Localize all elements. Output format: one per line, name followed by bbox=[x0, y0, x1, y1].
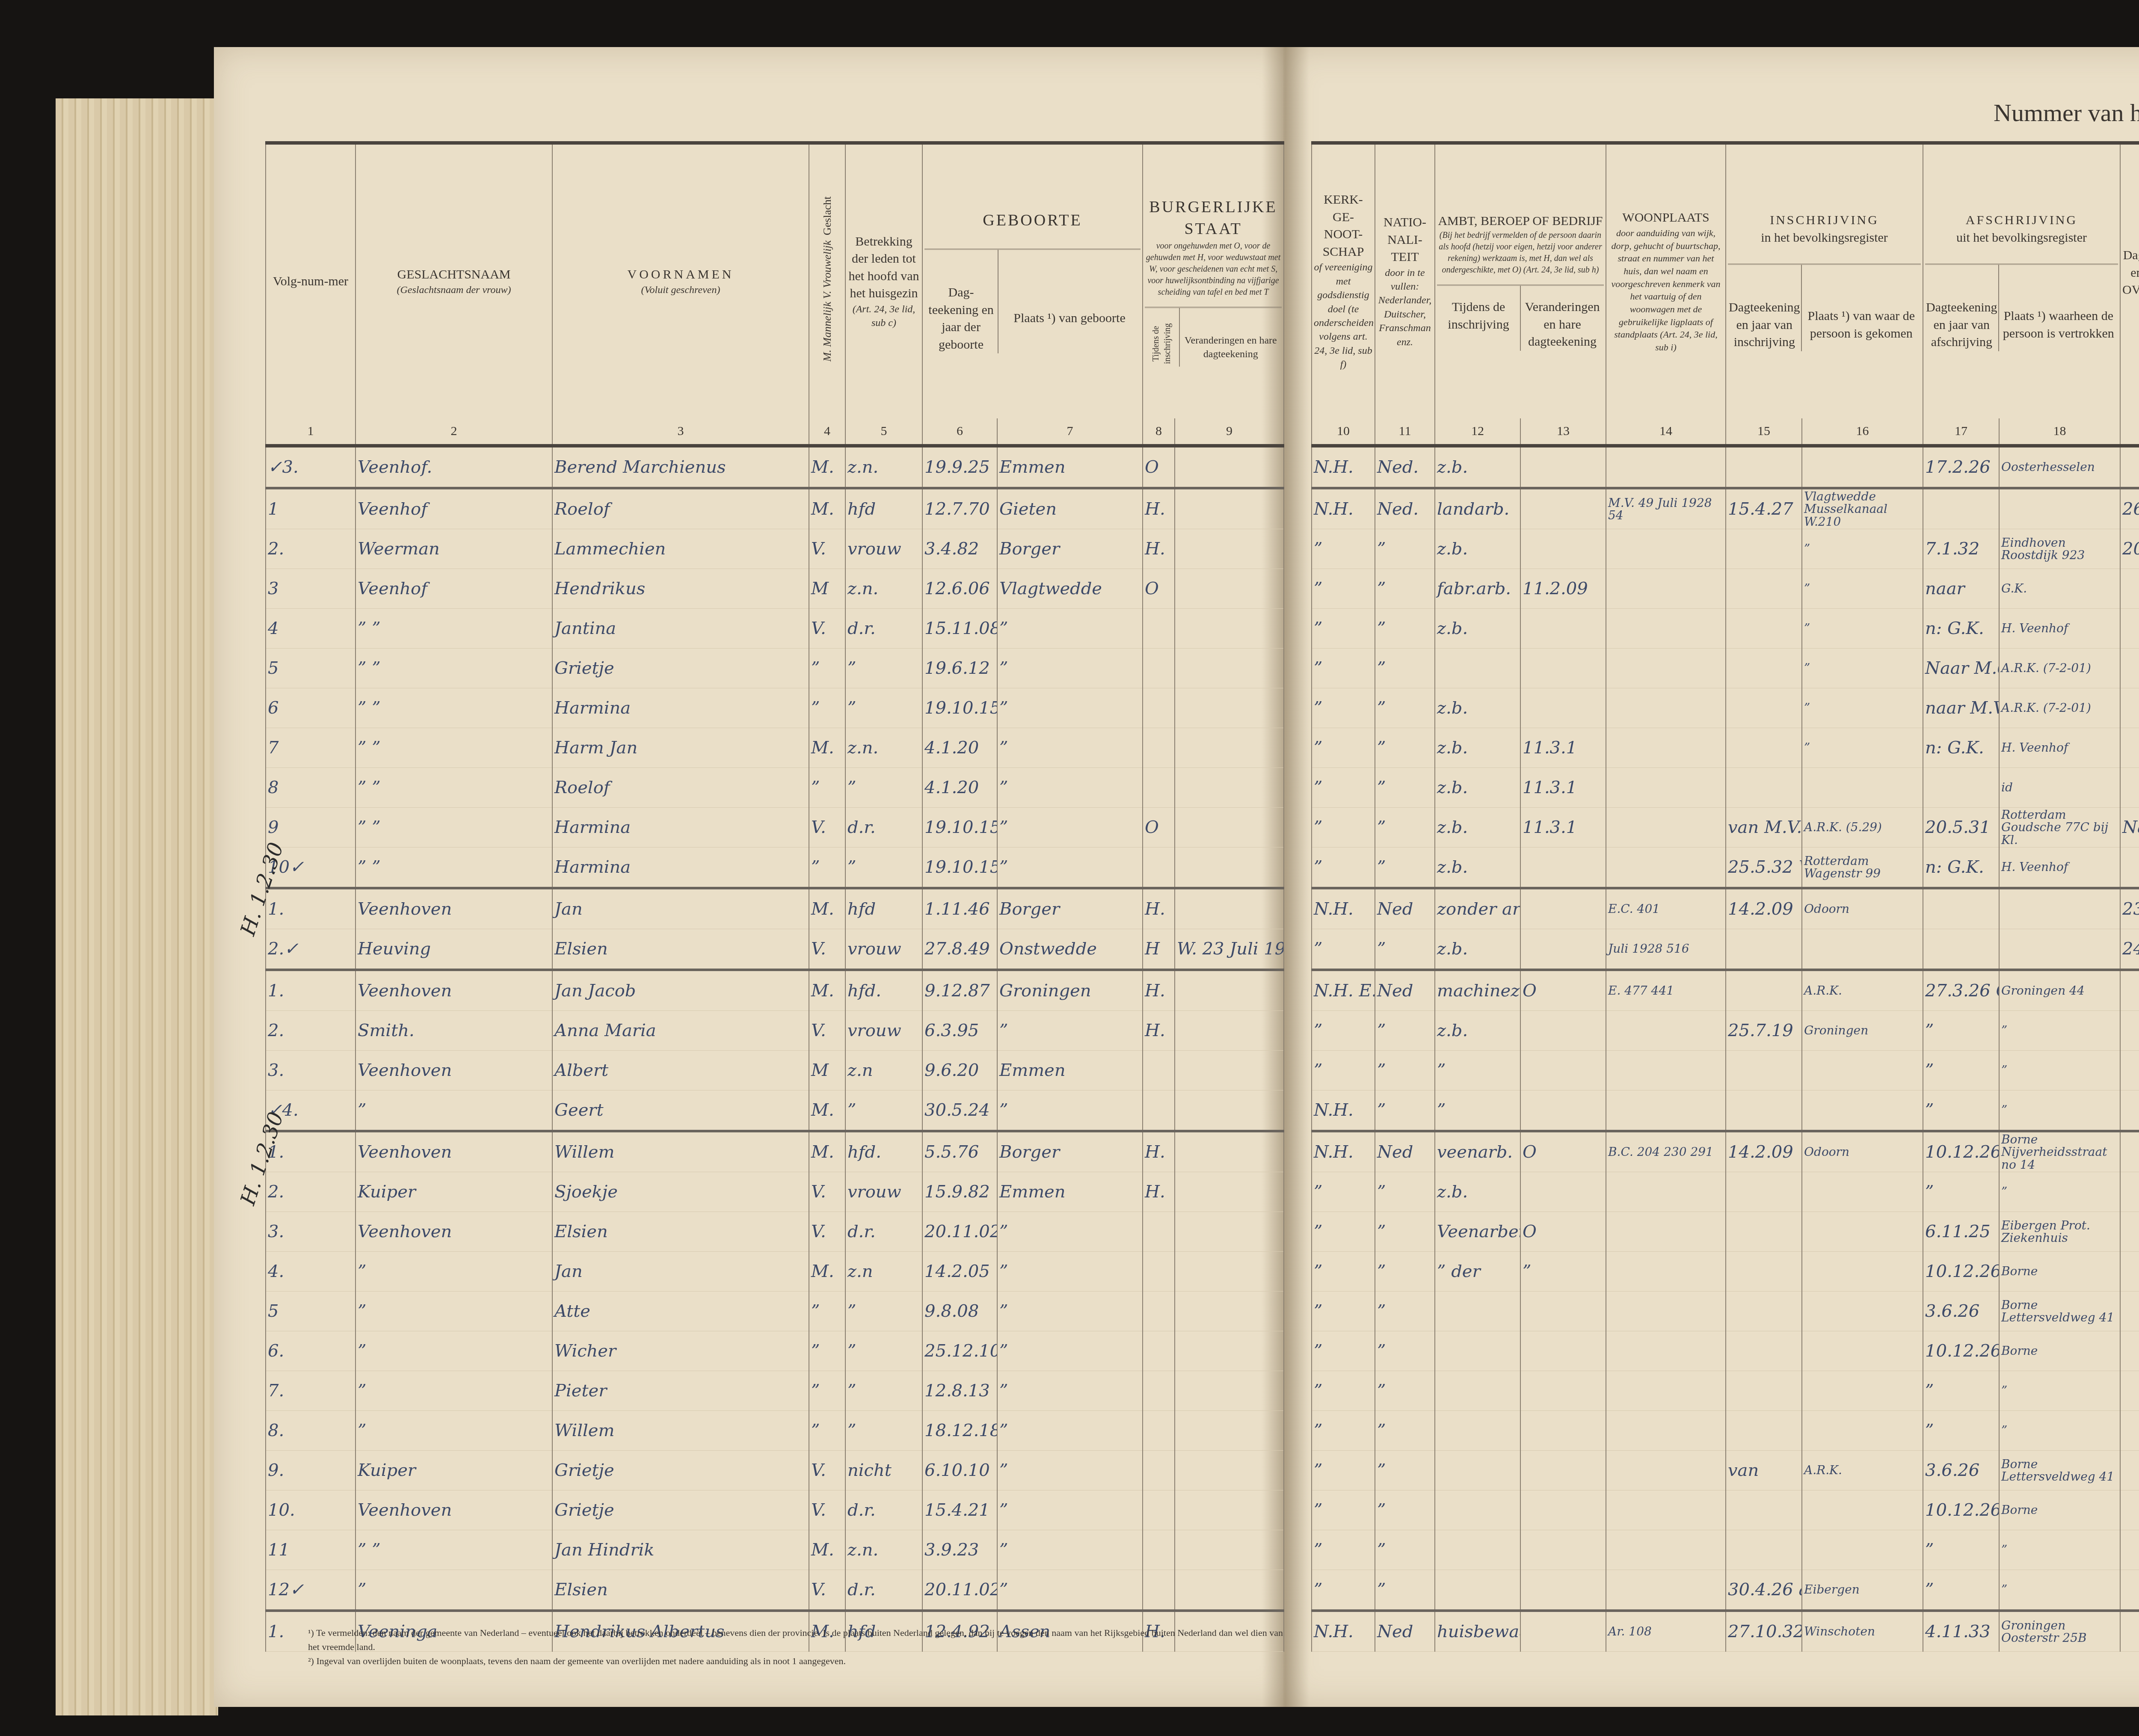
cell-beroep-veranderingen: ” bbox=[1520, 1252, 1606, 1292]
table-row: ””fabr.arb.11.2.09”naarG.K.A.C.C. bbox=[1312, 569, 2139, 609]
cell-geboorteplaats: ” bbox=[997, 1451, 1143, 1490]
cell-afschrijving-plaats: ” bbox=[1999, 1090, 2120, 1132]
cell-inschrijving-datum bbox=[1726, 1490, 1802, 1530]
cell-geboortedatum: 20.11.02 bbox=[922, 1570, 997, 1611]
cell-overlijden bbox=[2120, 1051, 2139, 1090]
cell-betrekking: ” bbox=[845, 1411, 922, 1451]
table-row: 11” ”Jan HindrikM.z.n.3.9.23” bbox=[266, 1530, 1284, 1570]
cell-betrekking: hfd. bbox=[845, 1131, 922, 1172]
table-row: 5” ”Grietje””19.6.12” bbox=[266, 649, 1284, 688]
header-burgerlijke-staat: BURGERLIJKE STAAT voor ongehuwden met O,… bbox=[1143, 143, 1284, 418]
cell-betrekking: d.r. bbox=[845, 1570, 922, 1611]
cell-inschrijving-plaats bbox=[1802, 1530, 1923, 1570]
cell-voornamen: Wicher bbox=[552, 1331, 809, 1371]
cell-beroep-veranderingen bbox=[1520, 1371, 1606, 1411]
cell-geslacht: V. bbox=[809, 1490, 845, 1530]
cell-geboortedatum: 12.6.06 bbox=[922, 569, 997, 609]
cell-inschrijving-datum bbox=[1726, 446, 1802, 488]
table-row: 1.VeenhovenWillemM.hfd.5.5.76BorgerH. bbox=[266, 1131, 1284, 1172]
cell-afschrijving-plaats: H. Veenhof bbox=[1999, 609, 2120, 649]
cell-burgerlijke-staat-veranderingen bbox=[1175, 1411, 1284, 1451]
table-row: ””””A.C.C. bbox=[1312, 1530, 2139, 1570]
cell-geboortedatum: 3.9.23 bbox=[922, 1530, 997, 1570]
cell-geboortedatum: 14.2.05 bbox=[922, 1252, 997, 1292]
cell-beroep-veranderingen: 11.3.1 bbox=[1520, 728, 1606, 768]
table-row: 9.KuiperGrietjeV.nicht6.10.10” bbox=[266, 1451, 1284, 1490]
header-geslachtsnaam: GESLACHTSNAAM(Geslachtsnaam der vrouw) bbox=[356, 143, 552, 418]
table-row: 2.KuiperSjoekjeV.vrouw15.9.82EmmenH. bbox=[266, 1172, 1284, 1212]
cell-burgerlijke-staat: H. bbox=[1143, 888, 1175, 929]
cell-betrekking: nicht bbox=[845, 1451, 922, 1490]
table-row: ✓4.”GeertM.”30.5.24” bbox=[266, 1090, 1284, 1132]
cell-woonplaats bbox=[1606, 1172, 1726, 1212]
cell-beroep: z.b. bbox=[1435, 529, 1520, 569]
cell-beroep-veranderingen bbox=[1520, 888, 1606, 929]
cell-geslachtsnaam: Kuiper bbox=[356, 1451, 552, 1490]
header-tijdens-inschrijving: Tijdens de inschrijving bbox=[1150, 321, 1173, 367]
cell-beroep: machine­zetter bbox=[1435, 970, 1520, 1011]
cell-inschrijving-plaats: Odoorn bbox=[1802, 1131, 1923, 1172]
table-row: ””z.b.11.3.1idA.C.C. bbox=[1312, 768, 2139, 808]
cell-volgnummer: 1. bbox=[266, 970, 356, 1011]
cell-geslacht: V. bbox=[809, 808, 845, 847]
cell-nationaliteit: ” bbox=[1375, 1570, 1435, 1611]
cell-burgerlijke-staat-veranderingen bbox=[1175, 888, 1284, 929]
table-row: 6” ”Harmina””19.10.15” bbox=[266, 688, 1284, 728]
header-veranderingen: Veranderingen en hare dagteekening bbox=[1179, 308, 1282, 367]
cell-geboorteplaats: ” bbox=[997, 609, 1143, 649]
header-geboorte: GEBOORTE Dag-teekening en jaar der geboo… bbox=[922, 143, 1143, 418]
cell-kerkgenootschap: N.H. bbox=[1312, 446, 1375, 488]
cell-nationaliteit: ” bbox=[1375, 1490, 1435, 1530]
cell-kerkgenootschap: ” bbox=[1312, 1051, 1375, 1090]
cell-geslacht: M bbox=[809, 1051, 845, 1090]
table-row: ””10.12.26BorneA.C.C. bbox=[1312, 1490, 2139, 1530]
cell-woonplaats bbox=[1606, 1490, 1726, 1530]
table-row: 7.”Pieter””12.8.13” bbox=[266, 1371, 1284, 1411]
cell-beroep bbox=[1435, 1570, 1520, 1611]
cell-burgerlijke-staat bbox=[1143, 649, 1175, 688]
header-geslacht: GeslachtM. Mannelijk V. Vrouwelijk bbox=[809, 143, 845, 418]
table-row: 3.VeenhovenElsienV.d.r.20.11.02” bbox=[266, 1212, 1284, 1252]
cell-overlijden: 23.7.18 bbox=[2120, 888, 2139, 929]
table-row: 1.VeenhovenJan JacobM.hfd.9.12.87Groning… bbox=[266, 970, 1284, 1011]
cell-beroep: landarb. bbox=[1435, 488, 1520, 529]
cell-geboorteplaats: Gieten bbox=[997, 488, 1143, 529]
cell-geboortedatum: 9.6.20 bbox=[922, 1051, 997, 1090]
cell-inschrijving-plaats bbox=[1802, 1331, 1923, 1371]
cell-geboortedatum: 30.5.24 bbox=[922, 1090, 997, 1132]
cell-inschrijving-plaats bbox=[1802, 1051, 1923, 1090]
cell-nationaliteit: Ned bbox=[1375, 970, 1435, 1011]
cell-voornamen: Berend Marchienus bbox=[552, 446, 809, 488]
cell-nationaliteit: ” bbox=[1375, 1252, 1435, 1292]
cell-burgerlijke-staat bbox=[1143, 1451, 1175, 1490]
cell-geslachtsnaam: Veenhoven bbox=[356, 1051, 552, 1090]
cell-betrekking: z.n. bbox=[845, 569, 922, 609]
cell-beroep bbox=[1435, 1411, 1520, 1451]
cell-burgerlijke-staat-veranderingen bbox=[1175, 1051, 1284, 1090]
cell-nationaliteit: Ned bbox=[1375, 888, 1435, 929]
column-number-4: 4 bbox=[809, 418, 845, 446]
cell-volgnummer: 6 bbox=[266, 688, 356, 728]
header-afschrijving-datum: Dagteekening en jaar van afschrijving bbox=[1925, 265, 1998, 351]
cell-geboorteplaats: Onstwedde bbox=[997, 929, 1143, 970]
table-row: N.H. E.L.Nedmachine­zetterOE. 477 441A.R… bbox=[1312, 970, 2139, 1011]
cell-beroep: z.b. bbox=[1435, 929, 1520, 970]
cell-geboorteplaats: ” bbox=[997, 808, 1143, 847]
cell-inschrijving-plaats bbox=[1802, 1371, 1923, 1411]
cell-inschrijving-plaats: A.R.K. bbox=[1802, 1451, 1923, 1490]
cell-geslacht: ” bbox=[809, 847, 845, 889]
cell-afschrijving-plaats: Borne bbox=[1999, 1331, 2120, 1371]
cell-voornamen: Harmina bbox=[552, 688, 809, 728]
cell-afschrijving-plaats bbox=[1999, 488, 2120, 529]
cell-inschrijving-plaats bbox=[1802, 1252, 1923, 1292]
header-inschrijving-datum: Dagteekening en jaar van inschrijving bbox=[1728, 265, 1801, 351]
cell-inschrijving-plaats bbox=[1802, 1172, 1923, 1212]
cell-burgerlijke-staat bbox=[1143, 1051, 1175, 1090]
cell-geslachtsnaam: ” bbox=[356, 1090, 552, 1132]
cell-inschrijving-datum: 14.2.09 bbox=[1726, 1131, 1802, 1172]
cell-kerkgenootschap: N.H. bbox=[1312, 1090, 1375, 1132]
cell-beroep-veranderingen: 11.2.09 bbox=[1520, 569, 1606, 609]
cell-burgerlijke-staat-veranderingen bbox=[1175, 847, 1284, 889]
cell-inschrijving-plaats bbox=[1802, 1490, 1923, 1530]
cell-volgnummer: 7 bbox=[266, 728, 356, 768]
footnote-1: ¹) Te vermelden: den naam der gemeente v… bbox=[308, 1626, 1292, 1654]
cell-nationaliteit: ” bbox=[1375, 1212, 1435, 1252]
cell-overlijden bbox=[2120, 847, 2139, 889]
table-row: N.H.NedhuisbewaarderAr. 10827.10.32 Hoog… bbox=[1312, 1611, 2139, 1652]
sheet-number-label: Nummer van het blad bbox=[1994, 98, 2139, 127]
cell-geslacht: V. bbox=[809, 609, 845, 649]
cell-burgerlijke-staat-veranderingen: W. 23 Juli 1918 bbox=[1175, 929, 1284, 970]
table-row: ””””A.C.C. bbox=[1312, 1371, 2139, 1411]
cell-geslachtsnaam: ” ” bbox=[356, 728, 552, 768]
cell-inschrijving-plaats: A.R.K. (5.29) bbox=[1802, 808, 1923, 847]
cell-geboorteplaats: ” bbox=[997, 1411, 1143, 1451]
cell-nationaliteit: ” bbox=[1375, 1051, 1435, 1090]
cell-woonplaats: M.V. 49 Juli 1928 54 bbox=[1606, 488, 1726, 529]
cell-burgerlijke-staat-veranderingen bbox=[1175, 1570, 1284, 1611]
table-row: ””z.b.25.5.32 WesteRotterdam Wagenstr 99… bbox=[1312, 847, 2139, 889]
cell-afschrijving-plaats: ” bbox=[1999, 1570, 2120, 1611]
cell-woonplaats bbox=[1606, 649, 1726, 688]
cell-overlijden bbox=[2120, 1011, 2139, 1051]
cell-beroep: veenarb. bbox=[1435, 1131, 1520, 1172]
cell-volgnummer: 7. bbox=[266, 1371, 356, 1411]
cell-woonplaats bbox=[1606, 1411, 1726, 1451]
cell-kerkgenootschap: ” bbox=[1312, 1011, 1375, 1051]
cell-betrekking: vrouw bbox=[845, 529, 922, 569]
table-row: ””z.b.Juli 1928 51624.4.33A.C.C. bbox=[1312, 929, 2139, 970]
cell-kerkgenootschap: ” bbox=[1312, 1292, 1375, 1331]
cell-betrekking: d.r. bbox=[845, 808, 922, 847]
cell-voornamen: Harm Jan bbox=[552, 728, 809, 768]
cell-betrekking: d.r. bbox=[845, 1490, 922, 1530]
column-number-6: 6 bbox=[922, 418, 997, 446]
cell-geslachtsnaam: ” bbox=[356, 1411, 552, 1451]
cell-overlijden bbox=[2120, 609, 2139, 649]
cell-nationaliteit: Ned bbox=[1375, 1131, 1435, 1172]
cell-geboorteplaats: ” bbox=[997, 1090, 1143, 1132]
cell-woonplaats bbox=[1606, 1011, 1726, 1051]
cell-geslacht: M. bbox=[809, 488, 845, 529]
cell-burgerlijke-staat: H. bbox=[1143, 1011, 1175, 1051]
header-overlijden: Dagteekening en jaar van OVERLIJDEN ²) bbox=[2120, 143, 2139, 418]
header-nationaliteit: NATIO-NALI-TEITdoor in te vullen: Nederl… bbox=[1375, 143, 1435, 418]
cell-volgnummer: 10. bbox=[266, 1490, 356, 1530]
cell-nationaliteit: ” bbox=[1375, 1172, 1435, 1212]
cell-voornamen: Willem bbox=[552, 1411, 809, 1451]
cell-volgnummer: 12✓ bbox=[266, 1570, 356, 1611]
cell-beroep: fabr.arb. bbox=[1435, 569, 1520, 609]
cell-inschrijving-plaats bbox=[1802, 1212, 1923, 1252]
cell-burgerlijke-staat-veranderingen bbox=[1175, 649, 1284, 688]
cell-volgnummer: 1 bbox=[266, 488, 356, 529]
cell-geslachtsnaam: Veenhof. bbox=[356, 446, 552, 488]
cell-afschrijving-datum: naar M.V.33 bbox=[1923, 688, 1999, 728]
cell-woonplaats bbox=[1606, 847, 1726, 889]
cell-betrekking: d.r. bbox=[845, 1212, 922, 1252]
cell-burgerlijke-staat-veranderingen bbox=[1175, 1371, 1284, 1411]
column-number-19: 19 bbox=[2120, 418, 2139, 446]
cell-geboorteplaats: ” bbox=[997, 768, 1143, 808]
column-number-16: 16 bbox=[1802, 418, 1923, 446]
cell-geslachtsnaam: ” ” bbox=[356, 609, 552, 649]
cell-geboorteplaats: ” bbox=[997, 847, 1143, 889]
cell-voornamen: Grietje bbox=[552, 649, 809, 688]
cell-kerkgenootschap: ” bbox=[1312, 1331, 1375, 1371]
cell-volgnummer: 2. bbox=[266, 1172, 356, 1212]
cell-voornamen: Elsien bbox=[552, 929, 809, 970]
cell-kerkgenootschap: ” bbox=[1312, 1172, 1375, 1212]
cell-betrekking: hfd. bbox=[845, 970, 922, 1011]
cell-kerkgenootschap: N.H. bbox=[1312, 888, 1375, 929]
cell-geboorteplaats: ” bbox=[997, 1371, 1143, 1411]
cell-afschrijving-datum: ” bbox=[1923, 1090, 1999, 1132]
cell-burgerlijke-staat: O bbox=[1143, 808, 1175, 847]
cell-geslachtsnaam: Kuiper bbox=[356, 1172, 552, 1212]
cell-woonplaats bbox=[1606, 1371, 1726, 1411]
cell-inschrijving-datum bbox=[1726, 1051, 1802, 1090]
cell-burgerlijke-staat bbox=[1143, 1252, 1175, 1292]
cell-inschrijving-datum: van M.V.34 bbox=[1726, 808, 1802, 847]
cell-beroep-veranderingen bbox=[1520, 1051, 1606, 1090]
cell-voornamen: Lammechien bbox=[552, 529, 809, 569]
cell-burgerlijke-staat-veranderingen bbox=[1175, 1011, 1284, 1051]
column-number-3: 3 bbox=[552, 418, 809, 446]
header-inschrijving-plaats: Plaats ¹) van waar de persoon is gekomen bbox=[1801, 265, 1921, 351]
cell-inschrijving-datum bbox=[1726, 1411, 1802, 1451]
cell-beroep-veranderingen: O bbox=[1520, 1131, 1606, 1172]
cell-woonplaats bbox=[1606, 1051, 1726, 1090]
cell-geboorteplaats: ” bbox=[997, 1292, 1143, 1331]
cell-inschrijving-plaats: ” bbox=[1802, 529, 1923, 569]
column-number-14: 14 bbox=[1606, 418, 1726, 446]
cell-nationaliteit: ” bbox=[1375, 649, 1435, 688]
cell-afschrijving-plaats: Eindhoven Roostdijk 923 bbox=[1999, 529, 2120, 569]
table-row: N.H.Nedveenarb.OB.C. 204 230 29114.2.09O… bbox=[1312, 1131, 2139, 1172]
cell-woonplaats bbox=[1606, 1212, 1726, 1252]
cell-geboortedatum: 19.6.12 bbox=[922, 649, 997, 688]
table-row: ””3.6.26Borne Lettersveldweg 41A.C.C. bbox=[1312, 1292, 2139, 1331]
cell-burgerlijke-staat-veranderingen bbox=[1175, 728, 1284, 768]
cell-beroep: z.b. bbox=[1435, 847, 1520, 889]
table-row: 1.VeenhovenJanM.hfd1.11.46BorgerH. bbox=[266, 888, 1284, 929]
cell-geslachtsnaam: ” ” bbox=[356, 847, 552, 889]
cell-burgerlijke-staat bbox=[1143, 1371, 1175, 1411]
cell-volgnummer: 5 bbox=[266, 1292, 356, 1331]
cell-betrekking: hfd bbox=[845, 888, 922, 929]
cell-beroep-veranderingen bbox=[1520, 488, 1606, 529]
cell-nationaliteit: ” bbox=[1375, 728, 1435, 768]
cell-geboortedatum: 19.9.25 bbox=[922, 446, 997, 488]
column-number-11: 11 bbox=[1375, 418, 1435, 446]
cell-geslachtsnaam: ” ” bbox=[356, 1530, 552, 1570]
cell-nationaliteit: ” bbox=[1375, 1331, 1435, 1371]
table-row: 10.VeenhovenGrietjeV.d.r.15.4.21” bbox=[266, 1490, 1284, 1530]
cell-woonplaats: Juli 1928 516 bbox=[1606, 929, 1726, 970]
cell-geslacht: ” bbox=[809, 1331, 845, 1371]
cell-geboortedatum: 27.8.49 bbox=[922, 929, 997, 970]
cell-overlijden bbox=[2120, 1252, 2139, 1292]
column-number-2: 2 bbox=[356, 418, 552, 446]
header-ambt-veranderingen: Veranderingen en hare dagteekening bbox=[1520, 286, 1604, 351]
table-row: 10✓” ”Harmina””19.10.15” bbox=[266, 847, 1284, 889]
cell-voornamen: Willem bbox=[552, 1131, 809, 1172]
cell-geboortedatum: 4.1.20 bbox=[922, 728, 997, 768]
cell-geboorteplaats: Vlagtwedde bbox=[997, 569, 1143, 609]
cell-beroep: zonder arb bbox=[1435, 888, 1520, 929]
cell-kerkgenootschap: ” bbox=[1312, 1212, 1375, 1252]
cell-beroep-veranderingen bbox=[1520, 649, 1606, 688]
table-row: 2.✓HeuvingElsienV.vrouw27.8.49OnstweddeH… bbox=[266, 929, 1284, 970]
cell-beroep-veranderingen bbox=[1520, 1292, 1606, 1331]
cell-voornamen: Jan Jacob bbox=[552, 970, 809, 1011]
cell-geboorteplaats: ” bbox=[997, 1011, 1143, 1051]
cell-overlijden: Naar Weste bbox=[2120, 808, 2139, 847]
header-geboorte-datum: Dag-teekening en jaar der geboorte bbox=[924, 250, 998, 353]
cell-geslachtsnaam: ” bbox=[356, 1331, 552, 1371]
cell-nationaliteit: ” bbox=[1375, 569, 1435, 609]
cell-geboorteplaats: ” bbox=[997, 1331, 1143, 1371]
cell-betrekking: ” bbox=[845, 1331, 922, 1371]
cell-betrekking: z.n. bbox=[845, 728, 922, 768]
cell-afschrijving-plaats: Groningen 44 bbox=[1999, 970, 2120, 1011]
cell-afschrijving-datum: Naar M.69 bbox=[1923, 649, 1999, 688]
cell-inschrijving-plaats: ” bbox=[1802, 569, 1923, 609]
cell-woonplaats bbox=[1606, 1090, 1726, 1132]
cell-woonplaats bbox=[1606, 569, 1726, 609]
cell-kerkgenootschap: ” bbox=[1312, 847, 1375, 889]
cell-woonplaats bbox=[1606, 1292, 1726, 1331]
cell-overlijden bbox=[2120, 1570, 2139, 1611]
cell-overlijden bbox=[2120, 569, 2139, 609]
cell-afschrijving-plaats: Borne bbox=[1999, 1252, 2120, 1292]
column-number-15: 15 bbox=[1726, 418, 1802, 446]
cell-beroep-veranderingen bbox=[1520, 1172, 1606, 1212]
cell-afschrijving-plaats: A.R.K. (7-2-01) bbox=[1999, 649, 2120, 688]
cell-nationaliteit: ” bbox=[1375, 609, 1435, 649]
cell-nationaliteit: Ned. bbox=[1375, 446, 1435, 488]
cell-geslachtsnaam: Veenhoven bbox=[356, 1212, 552, 1252]
cell-burgerlijke-staat-veranderingen bbox=[1175, 1212, 1284, 1252]
cell-kerkgenootschap: ” bbox=[1312, 1530, 1375, 1570]
cell-inschrijving-plaats bbox=[1802, 446, 1923, 488]
footnotes: ¹) Te vermelden: den naam der gemeente v… bbox=[308, 1626, 1292, 1668]
cell-afschrijving-plaats: G.K. bbox=[1999, 569, 2120, 609]
table-row: ””z.b.”7.1.32Eindhoven Roostdijk 92320 N… bbox=[1312, 529, 2139, 569]
cell-afschrijving-plaats: Borne bbox=[1999, 1490, 2120, 1530]
cell-kerkgenootschap: ” bbox=[1312, 1252, 1375, 1292]
cell-beroep: z.b. bbox=[1435, 768, 1520, 808]
cell-afschrijving-datum: 20.5.31 bbox=[1923, 808, 1999, 847]
table-row: ””vanA.R.K.3.6.26Borne Lettersveldweg 41… bbox=[1312, 1451, 2139, 1490]
cell-inschrijving-datum bbox=[1726, 970, 1802, 1011]
cell-afschrijving-datum: n: G.K. bbox=[1923, 728, 1999, 768]
cell-voornamen: Jan bbox=[552, 888, 809, 929]
cell-nationaliteit: ” bbox=[1375, 688, 1435, 728]
cell-inschrijving-plaats: Eibergen bbox=[1802, 1570, 1923, 1611]
cell-geslacht: V. bbox=[809, 1451, 845, 1490]
cell-geslacht: M. bbox=[809, 1131, 845, 1172]
cell-betrekking: hfd bbox=[845, 488, 922, 529]
cell-geslacht: M. bbox=[809, 728, 845, 768]
cell-betrekking: ” bbox=[845, 688, 922, 728]
cell-beroep: z.b. bbox=[1435, 446, 1520, 488]
cell-beroep-veranderingen bbox=[1520, 1011, 1606, 1051]
cell-burgerlijke-staat bbox=[1143, 1570, 1175, 1611]
cell-nationaliteit: ” bbox=[1375, 1371, 1435, 1411]
cell-beroep-veranderingen: O bbox=[1520, 1212, 1606, 1252]
cell-beroep-veranderingen bbox=[1520, 529, 1606, 569]
cell-volgnummer: 9. bbox=[266, 1451, 356, 1490]
cell-inschrijving-datum: van bbox=[1726, 1451, 1802, 1490]
cell-burgerlijke-staat-veranderingen bbox=[1175, 1252, 1284, 1292]
cell-inschrijving-datum: 25.7.19 bbox=[1726, 1011, 1802, 1051]
cell-inschrijving-plaats bbox=[1802, 1292, 1923, 1331]
cell-kerkgenootschap: ” bbox=[1312, 688, 1375, 728]
column-number-1: 1 bbox=[266, 418, 356, 446]
cell-geslacht: M. bbox=[809, 1530, 845, 1570]
cell-afschrijving-datum: 10.12.26 bbox=[1923, 1331, 1999, 1371]
cell-geslacht: V. bbox=[809, 1570, 845, 1611]
cell-geboorteplaats: ” bbox=[997, 1252, 1143, 1292]
cell-nationaliteit: ” bbox=[1375, 1411, 1435, 1451]
cell-inschrijving-datum: 15.4.27 bbox=[1726, 488, 1802, 529]
cell-beroep bbox=[1435, 649, 1520, 688]
cell-overlijden bbox=[2120, 1371, 2139, 1411]
table-row: 4” ”JantinaV.d.r.15.11.08” bbox=[266, 609, 1284, 649]
table-row: 5”Atte””9.8.08” bbox=[266, 1292, 1284, 1331]
cell-afschrijving-datum bbox=[1923, 929, 1999, 970]
cell-burgerlijke-staat bbox=[1143, 728, 1175, 768]
cell-geslachtsnaam: Veenhoven bbox=[356, 888, 552, 929]
cell-afschrijving-datum: n: G.K. bbox=[1923, 847, 1999, 889]
table-row: ”””Naar M.69A.R.K. (7-2-01) bbox=[1312, 649, 2139, 688]
cell-kerkgenootschap: ” bbox=[1312, 569, 1375, 609]
header-afschrijving-plaats: Plaats ¹) waarheen de persoon is vertrok… bbox=[1998, 265, 2118, 351]
cell-burgerlijke-staat-veranderingen bbox=[1175, 1172, 1284, 1212]
cell-afschrijving-plaats: ” bbox=[1999, 1371, 2120, 1411]
header-kerkgenootschap: KERK-GE-NOOT-SCHAPof vereeniging met god… bbox=[1312, 143, 1375, 418]
table-row: ””10.12.26BorneA.C.C. bbox=[1312, 1331, 2139, 1371]
cell-afschrijving-plaats: H. Veenhof bbox=[1999, 847, 2120, 889]
cell-overlijden bbox=[2120, 1331, 2139, 1371]
cell-burgerlijke-staat: H. bbox=[1143, 1131, 1175, 1172]
